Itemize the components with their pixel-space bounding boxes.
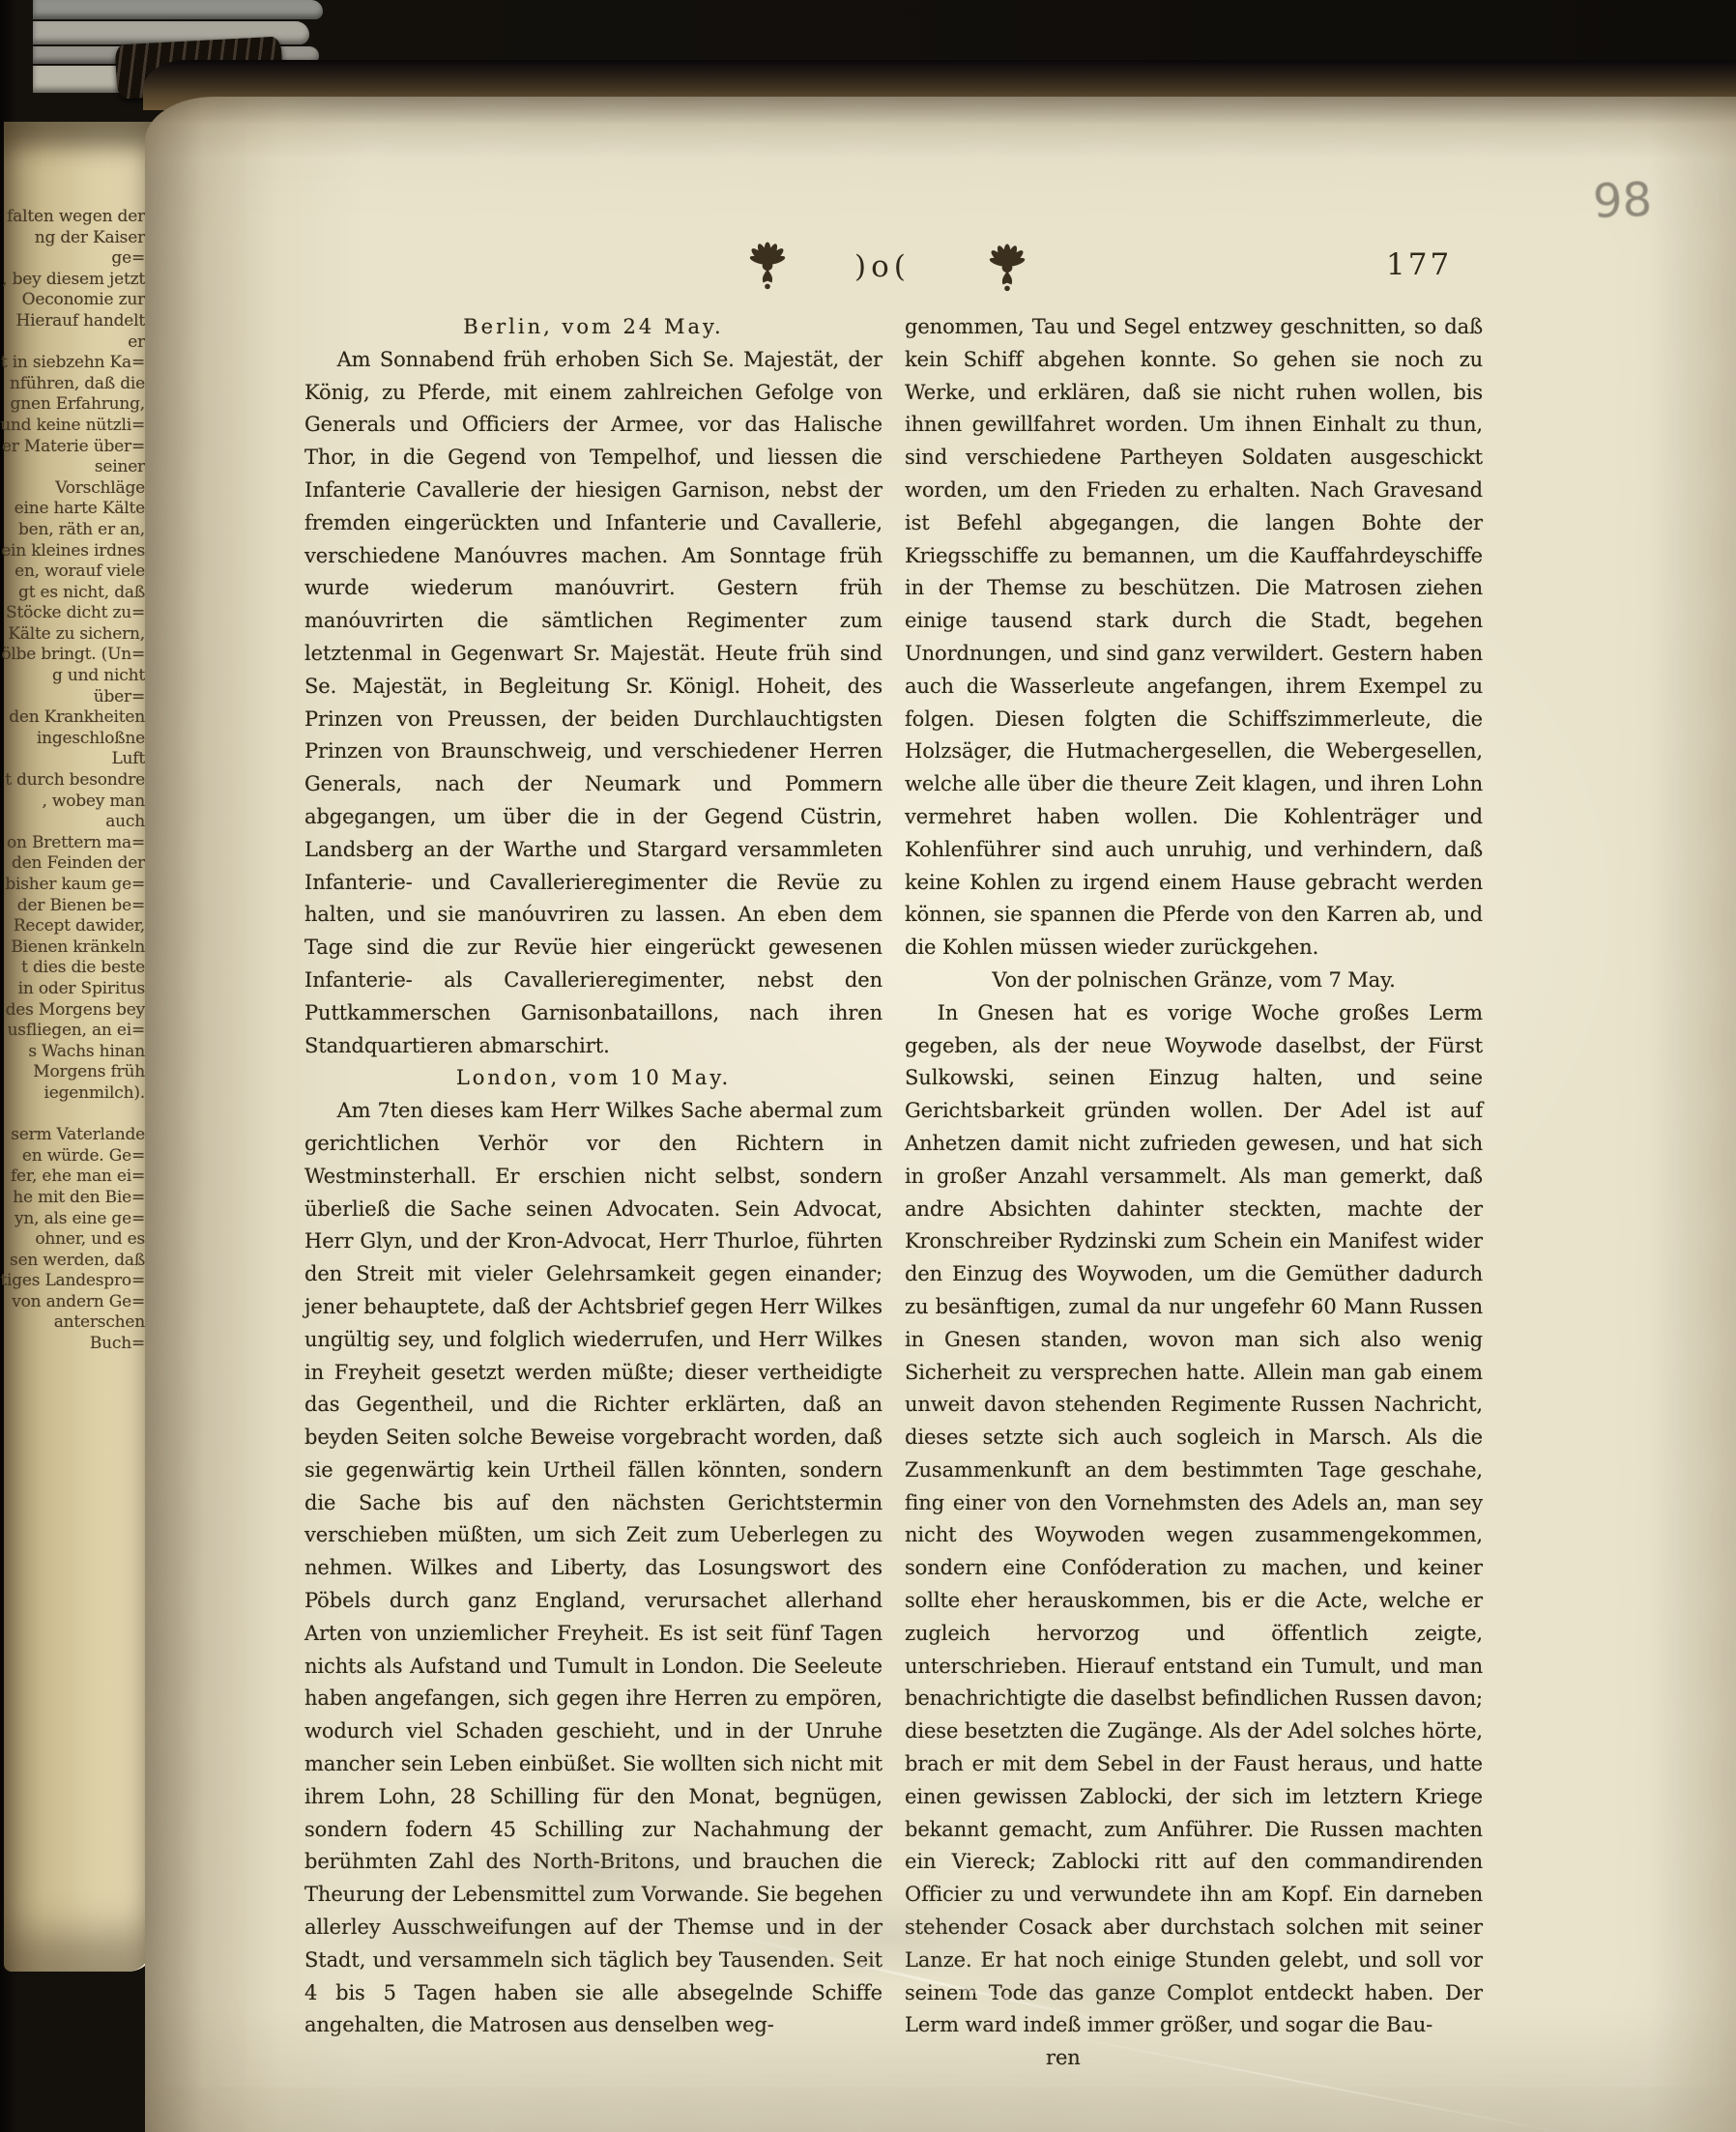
article-heading-berlin: Berlin, vom 24 May. — [304, 311, 882, 344]
main-page: 98 )o( — [145, 97, 1736, 2132]
text-column-left: Berlin, vom 24 May. Am Sonnabend früh er… — [304, 311, 882, 2042]
page-edge — [33, 0, 323, 19]
scanned-book-page: falten wegen der ng der Kaiser ge= , bey… — [0, 0, 1736, 2132]
facing-page-edge: falten wegen der ng der Kaiser ge= , bey… — [4, 122, 157, 1972]
header-section-mark: )o( — [854, 249, 911, 284]
article-london-text: Am 7ten dieses kam Herr Wilkes Sache abe… — [304, 1095, 882, 2042]
article-london-continued: genommen, Tau und Segel entzwey geschnit… — [905, 311, 1483, 965]
catchword: ren — [905, 2042, 1483, 2075]
fleuron-icon — [742, 240, 793, 294]
text-column-right: genommen, Tau und Segel entzwey geschnit… — [905, 311, 1483, 2075]
article-heading-polish-border: Von der polnischen Gränze, vom 7 May. — [905, 965, 1483, 997]
page-number: 177 — [1386, 247, 1452, 282]
article-heading-london: London, vom 10 May. — [304, 1062, 882, 1095]
fleuron-icon — [982, 242, 1032, 296]
article-berlin-text: Am Sonnabend früh erhoben Sich Se. Majes… — [304, 344, 882, 1063]
facing-page-text-fragments: falten wegen der ng der Kaiser ge= , bey… — [0, 207, 145, 1355]
article-polish-border-text: In Gnesen hat es vorige Woche großes Ler… — [905, 997, 1483, 2043]
handwritten-folio-number: 98 — [1592, 173, 1653, 229]
